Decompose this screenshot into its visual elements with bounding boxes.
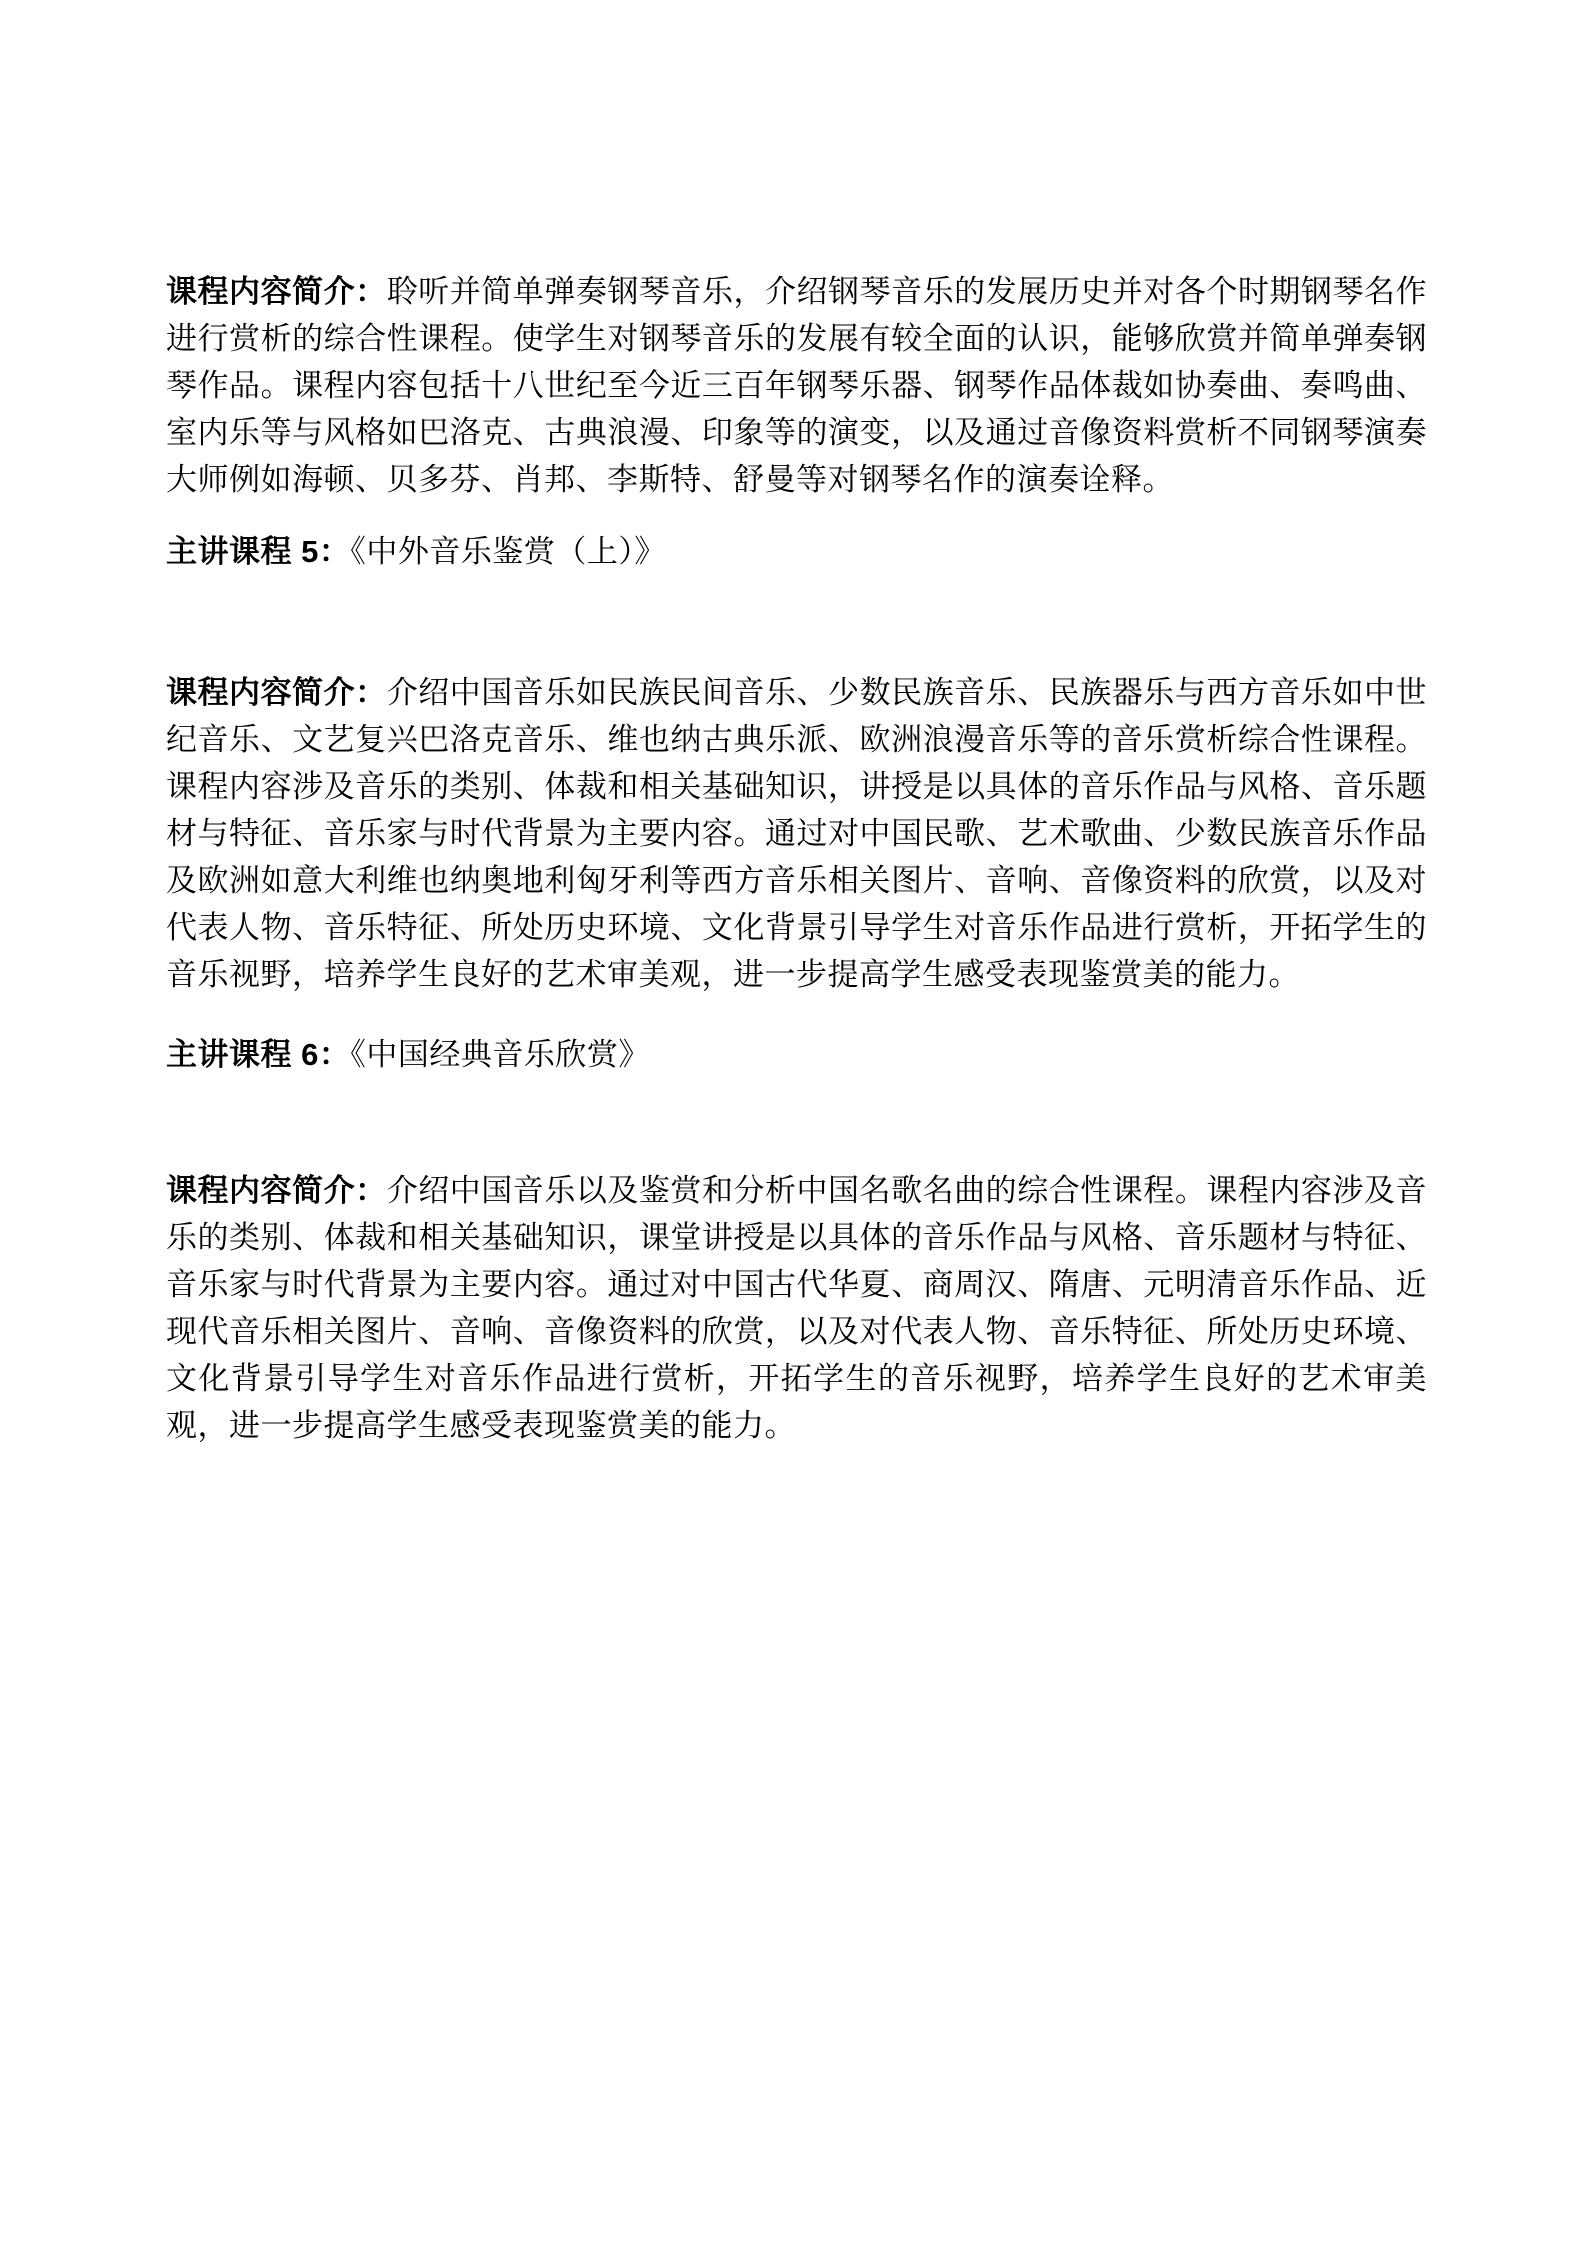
paragraph-label: 课程内容简介： [166,675,387,710]
course-heading-6: 主讲课程 6：《中国经典音乐欣赏》 [166,1031,1427,1078]
heading-course-title: 《中国经典音乐欣赏》 [350,1037,650,1072]
course-heading-5: 主讲课程 5：《中外音乐鉴赏（上）》 [166,528,1427,575]
heading-course-title: 《中外音乐鉴赏（上）》 [350,534,666,569]
document-page: 课程内容简介：聆听并简单弹奏钢琴音乐，介绍钢琴音乐的发展历史并对各个时期钢琴名作… [0,0,1587,2245]
course-intro-paragraph-1: 课程内容简介：聆听并简单弹奏钢琴音乐，介绍钢琴音乐的发展历史并对各个时期钢琴名作… [166,268,1427,503]
heading-label: 主讲课程 6： [166,1037,350,1072]
paragraph-label: 课程内容简介： [166,1173,387,1208]
paragraph-text: 介绍中国音乐以及鉴赏和分析中国名歌名曲的综合性课程。课程内容涉及音乐的类别、体裁… [166,1173,1427,1443]
heading-label: 主讲课程 5： [166,534,350,569]
paragraph-label: 课程内容简介： [166,274,387,309]
course-intro-paragraph-3: 课程内容简介：介绍中国音乐以及鉴赏和分析中国名歌名曲的综合性课程。课程内容涉及音… [166,1167,1427,1449]
paragraph-text: 介绍中国音乐如民族民间音乐、少数民族音乐、民族器乐与西方音乐如中世纪音乐、文艺复… [166,675,1427,992]
course-intro-paragraph-2: 课程内容简介：介绍中国音乐如民族民间音乐、少数民族音乐、民族器乐与西方音乐如中世… [166,669,1427,998]
